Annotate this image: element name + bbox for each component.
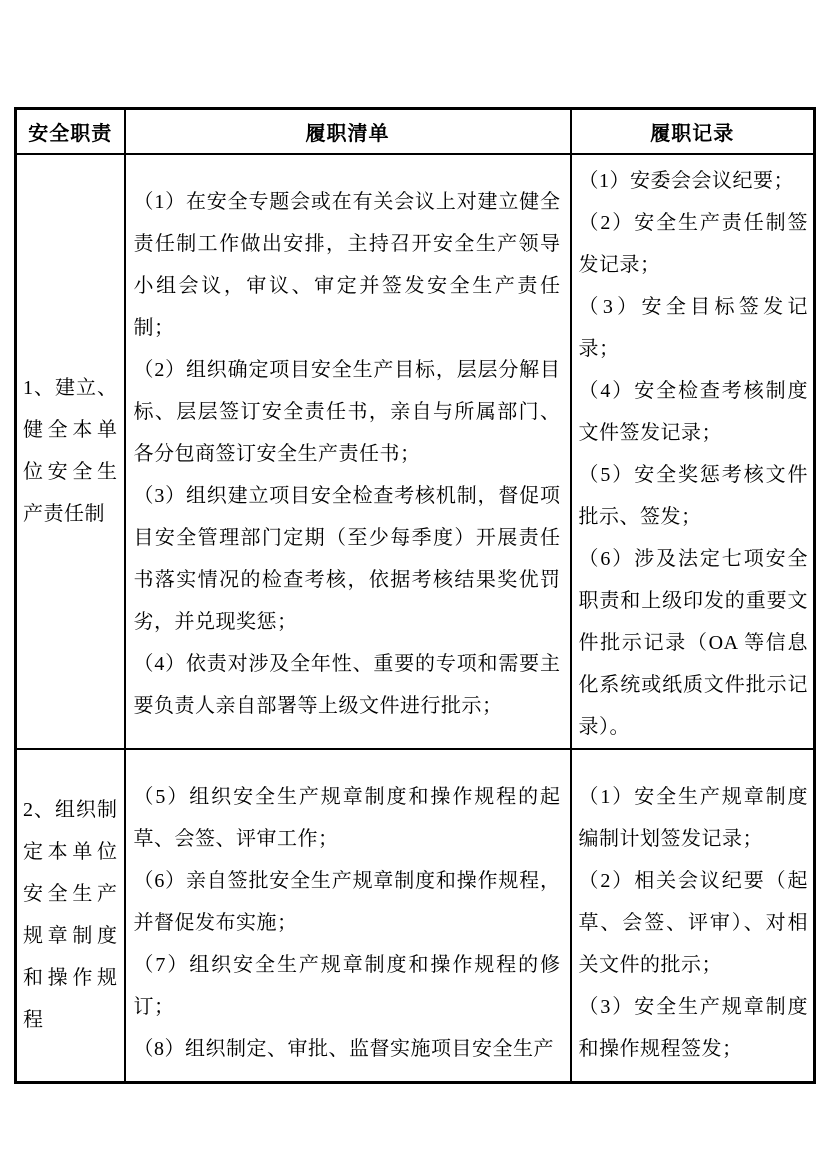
records-item: （3）安全目标签发记录； xyxy=(579,286,809,370)
records-item: （3）安全生产规章制度和操作规程签发； xyxy=(579,986,809,1070)
table-row-2: 2、组织制定本单位安全生产规章制度和操作规程 （5）组织安全生产规章制度和操作规… xyxy=(16,749,815,1083)
records-item: （2）相关会议纪要（起草、会签、评审）、对相关文件的批示； xyxy=(579,860,809,986)
records-cell-1: （1）安委会会议纪要； （2）安全生产责任制签发记录； （3）安全目标签发记录；… xyxy=(571,154,815,749)
checklist-item: （2）组织确定项目安全生产目标，层层分解目标、层层签订安全责任书，亲自与所属部门… xyxy=(134,349,561,475)
records-item: （1）安全生产规章制度编制计划签发记录； xyxy=(579,776,809,860)
records-item: （2）安全生产责任制签发记录； xyxy=(579,202,809,286)
checklist-item: （6）亲自签批安全生产规章制度和操作规程，并督促发布实施； xyxy=(134,860,561,944)
records-item: （1）安委会会议纪要； xyxy=(579,160,809,202)
duty-text: 2、组织制定本单位安全生产规章制度和操作规程 xyxy=(23,789,118,1041)
table-header-row: 安全职责 履职清单 履职记录 xyxy=(16,109,815,154)
checklist-item: （3）组织建立项目安全检查考核机制，督促项目安全管理部门定期（至少每季度）开展责… xyxy=(134,475,561,643)
checklist-item: （7）组织安全生产规章制度和操作规程的修订； xyxy=(134,944,561,1028)
records-item: （5）安全奖惩考核文件批示、签发； xyxy=(579,454,809,538)
safety-duty-table: 安全职责 履职清单 履职记录 1、建立、健全本单位安全生产责任制 （1）在安全专… xyxy=(14,107,816,1084)
header-cell-records: 履职记录 xyxy=(571,109,815,154)
duty-text: 1、建立、健全本单位安全生产责任制 xyxy=(23,367,118,535)
table-row-1: 1、建立、健全本单位安全生产责任制 （1）在安全专题会或在有关会议上对建立健全责… xyxy=(16,154,815,749)
checklist-cell-1: （1）在安全专题会或在有关会议上对建立健全责任制工作做出安排，主持召开安全生产领… xyxy=(125,154,571,749)
document-page: 安全职责 履职清单 履职记录 1、建立、健全本单位安全生产责任制 （1）在安全专… xyxy=(0,0,826,1169)
records-item: （6）涉及法定七项安全职责和上级印发的重要文件批示记录（OA 等信息化系统或纸质… xyxy=(579,538,809,748)
records-cell-2: （1）安全生产规章制度编制计划签发记录； （2）相关会议纪要（起草、会签、评审）… xyxy=(571,749,815,1083)
header-cell-checklist: 履职清单 xyxy=(125,109,571,154)
checklist-cell-2: （5）组织安全生产规章制度和操作规程的起草、会签、评审工作； （6）亲自签批安全… xyxy=(125,749,571,1083)
records-item: （4）安全检查考核制度文件签发记录； xyxy=(579,370,809,454)
checklist-item: （8）组织制定、审批、监督实施项目安全生产 xyxy=(134,1028,561,1070)
checklist-item: （4）依责对涉及全年性、重要的专项和需要主要负责人亲自部署等上级文件进行批示； xyxy=(134,643,561,727)
header-cell-duty: 安全职责 xyxy=(16,109,125,154)
checklist-item: （1）在安全专题会或在有关会议上对建立健全责任制工作做出安排，主持召开安全生产领… xyxy=(134,181,561,349)
duty-cell-2: 2、组织制定本单位安全生产规章制度和操作规程 xyxy=(16,749,125,1083)
duty-cell-1: 1、建立、健全本单位安全生产责任制 xyxy=(16,154,125,749)
checklist-item: （5）组织安全生产规章制度和操作规程的起草、会签、评审工作； xyxy=(134,776,561,860)
